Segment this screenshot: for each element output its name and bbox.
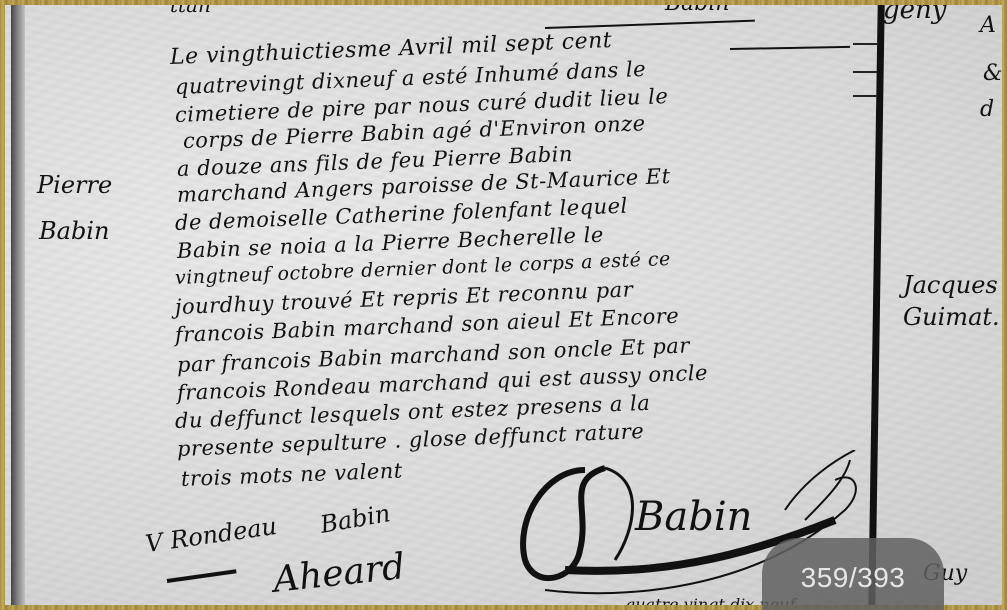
signature-flourish — [167, 569, 237, 583]
page-counter-badge: 359/393 — [762, 538, 944, 610]
right-margin-letter: d — [980, 97, 994, 122]
page-counter-text: 359/393 — [801, 562, 906, 594]
margin-tick — [853, 71, 877, 73]
entry-line-16: trois mots ne valent — [181, 458, 404, 490]
ruled-line — [730, 46, 850, 50]
margin-tick — [853, 43, 877, 45]
page-binding-shadow — [11, 5, 25, 605]
margin-name-first: Pierre — [37, 171, 112, 199]
signature-rondeau: V Rondeau — [144, 512, 279, 558]
right-margin-name-last: Guimat. — [903, 303, 1000, 331]
svg-text:Babin: Babin — [634, 494, 752, 540]
margin-name-last: Babin — [39, 217, 109, 245]
margin-tick — [853, 95, 877, 97]
top-fragment-left: ttan — [170, 5, 211, 17]
manuscript-page-scan[interactable]: ttan Babin geny Pierre Babin A & d Jacqu… — [5, 5, 1002, 605]
image-viewer: ttan Babin geny Pierre Babin A & d Jacqu… — [0, 0, 1007, 610]
right-margin-letter: & — [983, 61, 1002, 86]
right-margin-name-first: Jacques — [903, 271, 998, 299]
ruled-line — [545, 20, 755, 29]
right-margin-letter: A — [980, 13, 996, 38]
signature-babin-small: Babin — [318, 499, 392, 539]
signature-aheard: Aheard — [271, 546, 407, 601]
top-fragment-center: Babin — [665, 5, 730, 16]
top-fragment-right: geny — [883, 5, 946, 25]
